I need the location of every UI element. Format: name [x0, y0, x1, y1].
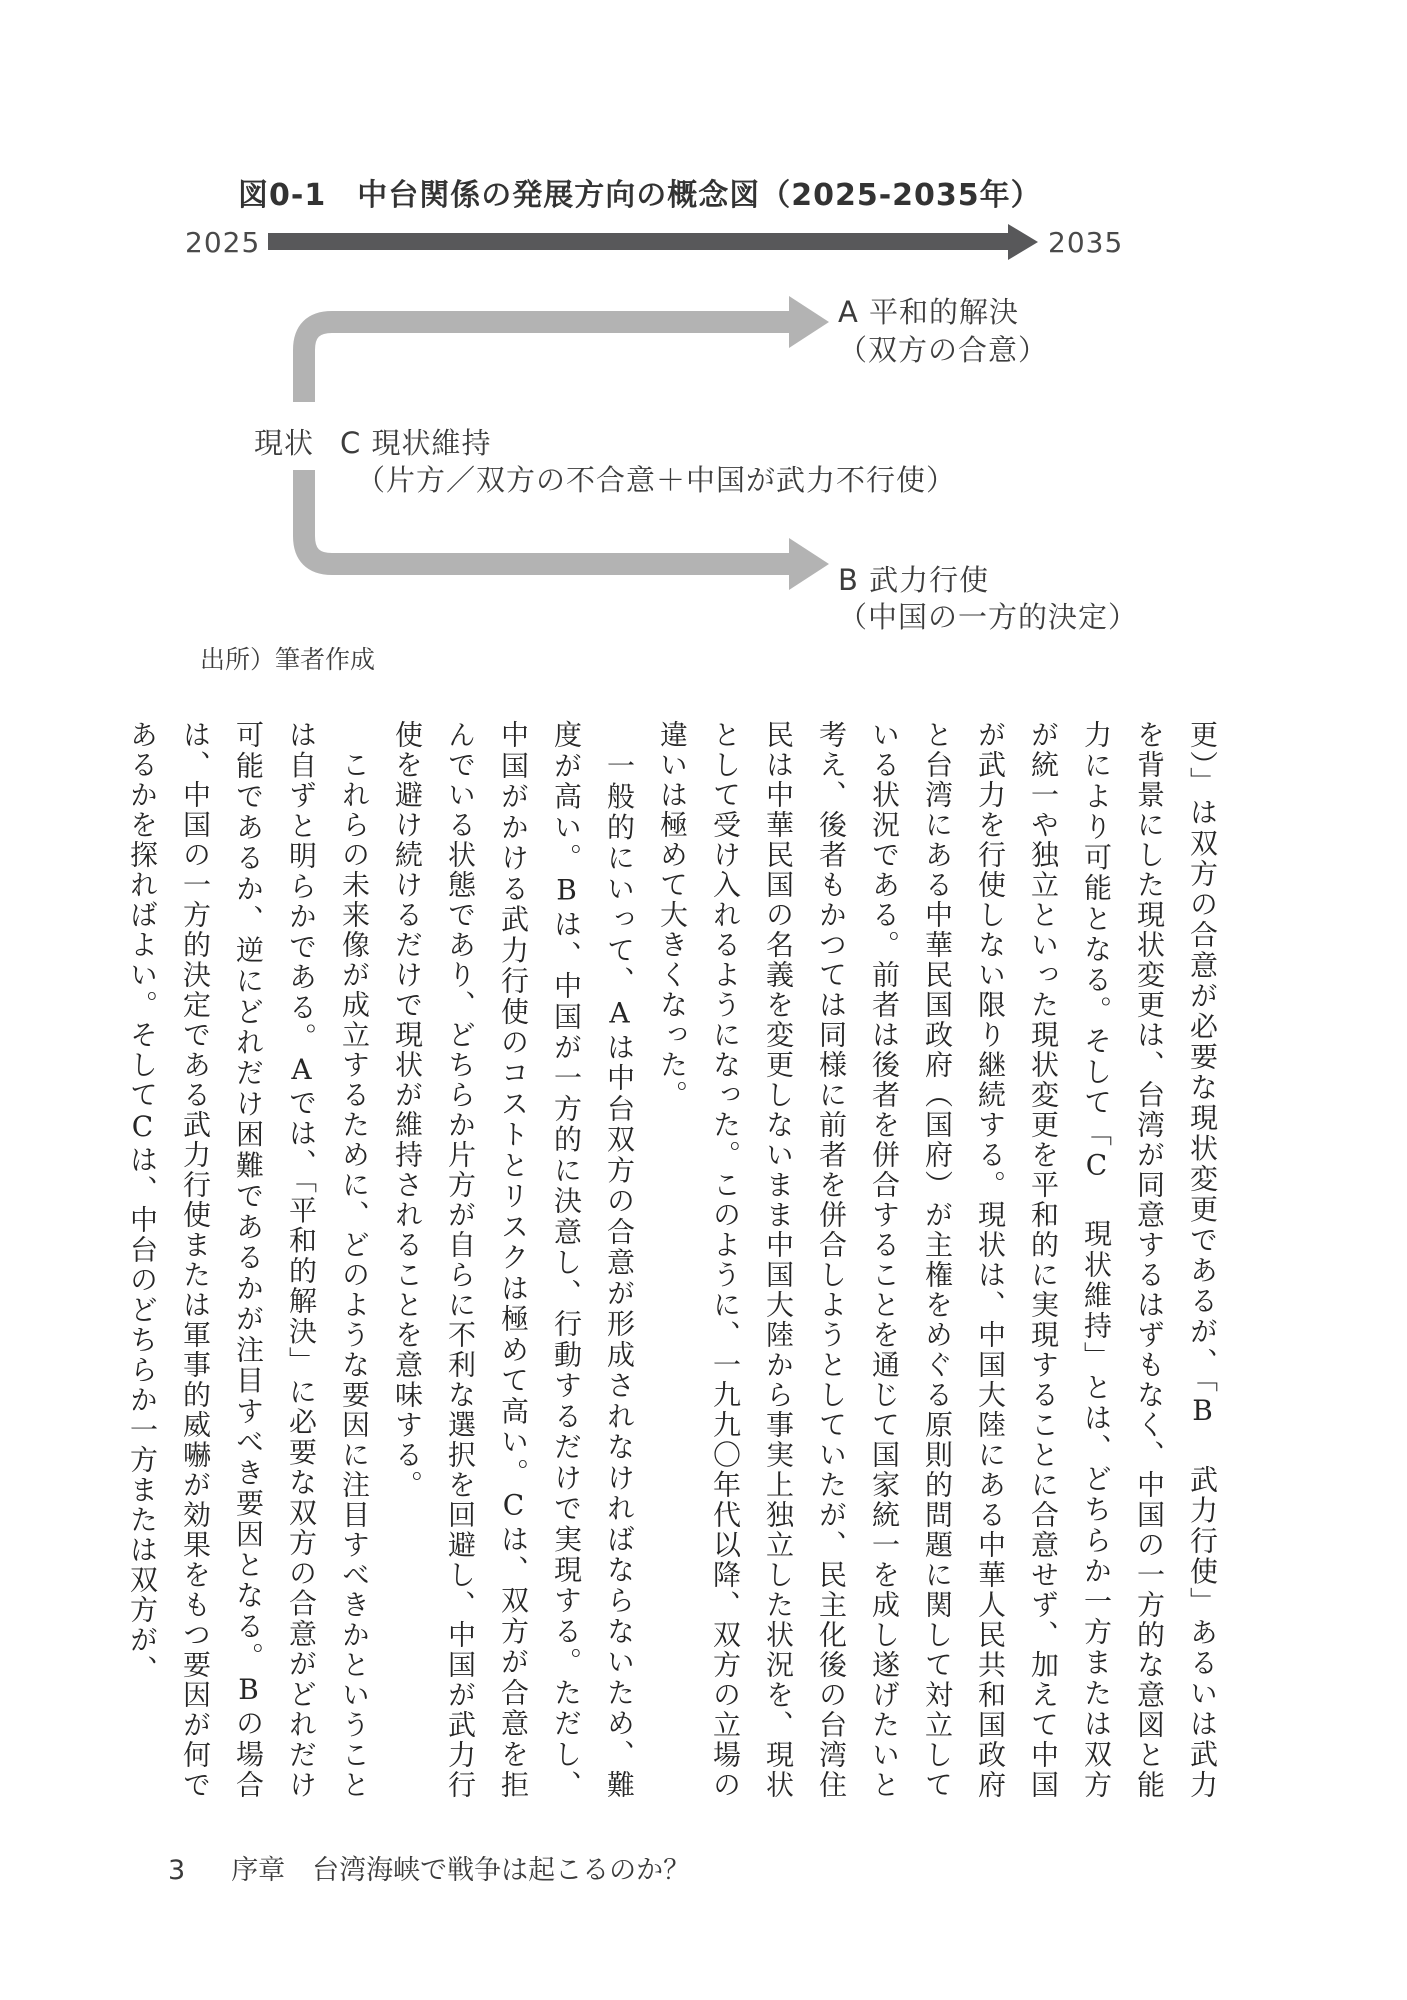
status-quo-label: 現状 [254, 421, 314, 462]
page-number: 3 [168, 1855, 185, 1886]
page-footer: 3序章 台湾海峡で戦争は起こるのか？ [168, 1848, 690, 1887]
branch-arrow-a [304, 322, 789, 402]
branch-a-label: A 平和的解決 [838, 290, 1019, 331]
body-paragraph-2: 一般的にいって、Aは中台双方の合意が形成されなければならないため、難度が高い。B… [381, 720, 646, 1800]
branch-b-sublabel: （中国の一方的決定） [838, 595, 1138, 636]
branch-a-sublabel: （双方の合意） [838, 328, 1048, 369]
timeline-arrowhead-icon [1008, 224, 1038, 260]
branch-b-label: B 武力行使 [838, 558, 989, 599]
figure-source-note: 出所）筆者作成 [200, 640, 375, 676]
branch-arrowhead-a-icon [789, 296, 829, 348]
figure-diagram [0, 0, 1407, 700]
timeline-bar [268, 233, 1008, 250]
branch-arrowhead-b-icon [789, 538, 829, 590]
running-chapter-title: 序章 台湾海峡で戦争は起こるのか？ [231, 1855, 690, 1886]
body-text: 更）」は双方の合意が必要な現状変更であるが、「B 武力行使」あるいは武力を背景に… [111, 720, 1229, 1800]
body-paragraph-3: これらの未来像が成立するために、どのような要因に注目すべきかということは自ずと明… [116, 720, 381, 1800]
body-paragraph-1: 更）」は双方の合意が必要な現状変更であるが、「B 武力行使」あるいは武力を背景に… [646, 720, 1229, 1800]
branch-c-sublabel: （片方／双方の不合意＋中国が武力不行使） [356, 458, 956, 499]
book-page: 図0-1 中台関係の発展方向の概念図（2025-2035年） 2025 2035… [0, 0, 1407, 2000]
branch-c-label: C 現状維持 [340, 421, 491, 462]
